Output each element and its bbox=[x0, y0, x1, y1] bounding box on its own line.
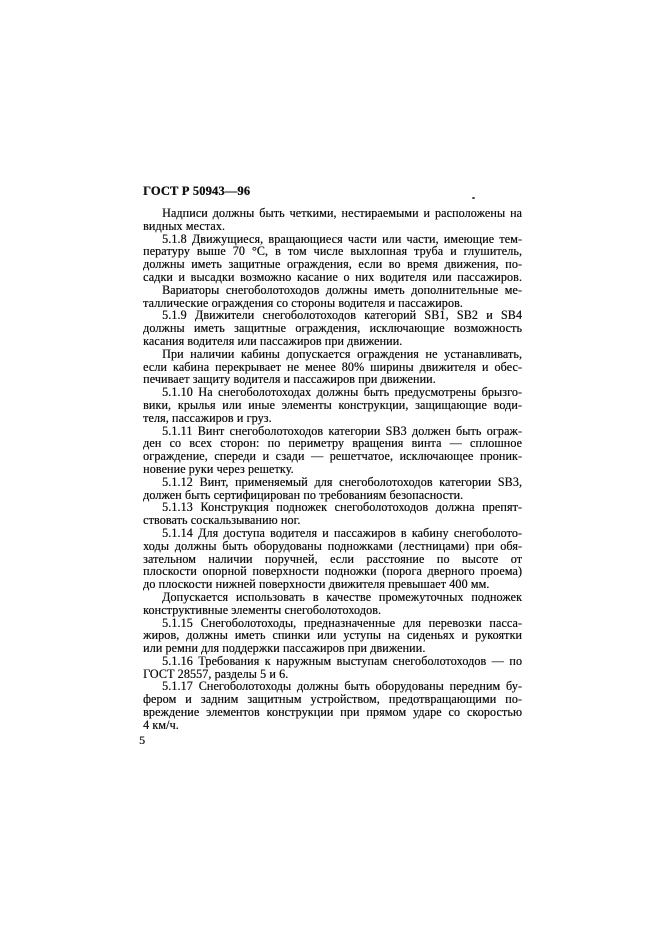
text-line: садки и высадки возможно касание о них в… bbox=[143, 271, 522, 284]
text-line: Допускается использовать в качестве пром… bbox=[143, 591, 522, 604]
text-line: ходы должны быть оборудованы подножками … bbox=[143, 540, 522, 553]
scanned-page: ГОСТ Р 50943—96 Надписи должны быть четк… bbox=[0, 0, 661, 935]
page-number: 5 bbox=[139, 733, 145, 748]
document-code-header: ГОСТ Р 50943—96 bbox=[143, 184, 250, 199]
text-line: 5.1.14 Для доступа водителя и пассажиров… bbox=[143, 527, 522, 540]
text-line: до плоскости нижней поверхности движител… bbox=[143, 578, 522, 591]
scan-artifact-dot bbox=[472, 197, 475, 199]
text-line: 5.1.16 Требования к наружным выступам сн… bbox=[143, 655, 522, 668]
text-line: При наличии кабины допускается ограждени… bbox=[143, 348, 522, 361]
text-line: вреждение элементов конструкции при прям… bbox=[143, 706, 522, 719]
text-line: Надписи должны быть четкими, нестираемым… bbox=[143, 207, 522, 220]
text-line: 5.1.12 Винт, применяемый для снегоболото… bbox=[143, 476, 522, 489]
body-text: Надписи должны быть четкими, нестираемым… bbox=[143, 207, 522, 732]
text-line: Вариаторы снегоболотоходов должны иметь … bbox=[143, 284, 522, 297]
text-line: вики, крылья или иные элементы конструкц… bbox=[143, 399, 522, 412]
